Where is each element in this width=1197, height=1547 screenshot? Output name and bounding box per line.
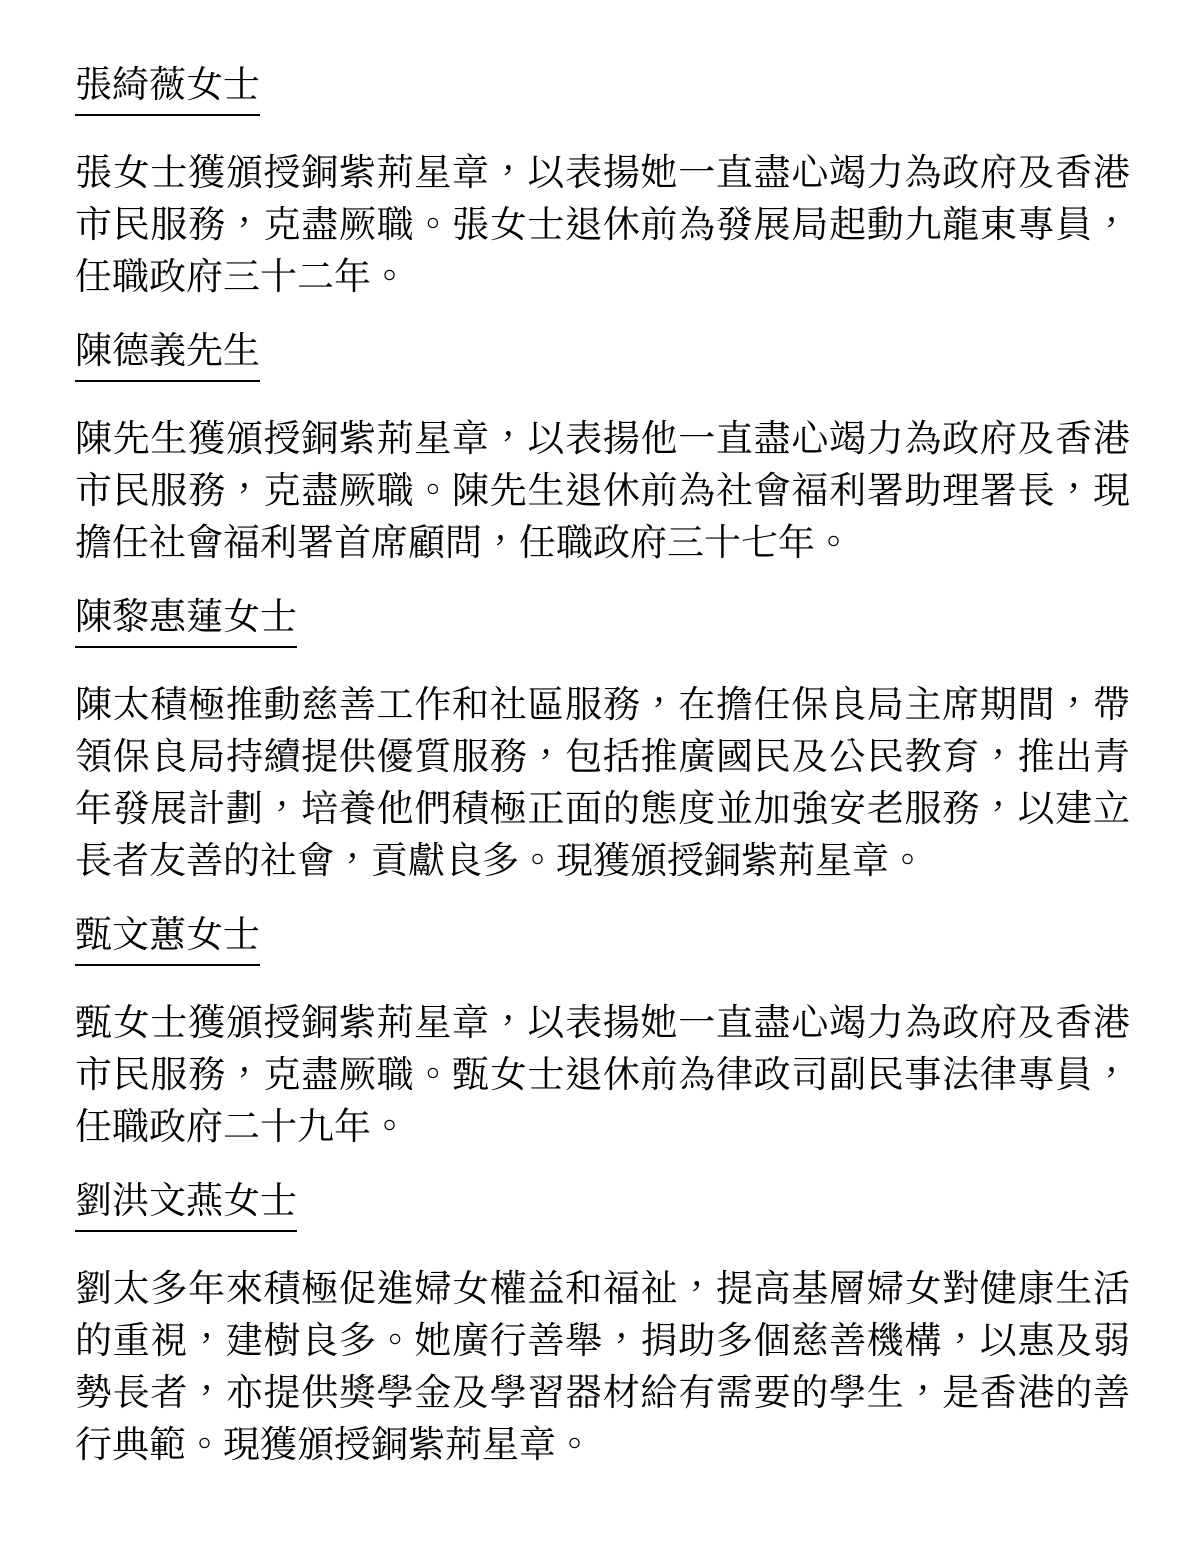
citation-line: 市民服務，克盡厥職。張女士退休前為發展局起動九龍東專員，	[75, 200, 1130, 252]
recipient-name: 劉洪文燕女士	[75, 1176, 297, 1232]
citation-line: 張女士獲頒授銅紫荊星章，以表揚她一直盡心竭力為政府及香港	[75, 148, 1130, 200]
recipient-name: 陳黎惠蓮女士	[75, 592, 297, 648]
recipient-name: 張綺薇女士	[75, 60, 260, 116]
citation-line: 陳太積極推動慈善工作和社區服務，在擔任保良局主席期間，帶	[75, 680, 1130, 732]
recipient-citation: 陳先生獲頒授銅紫荊星章，以表揚他一直盡心竭力為政府及香港 市民服務，克盡厥職。陳…	[75, 414, 1130, 570]
citation-line: 長者友善的社會，貢獻良多。現獲頒授銅紫荊星章。	[75, 836, 1130, 888]
document-body: 張綺薇女士 張女士獲頒授銅紫荊星章，以表揚她一直盡心竭力為政府及香港 市民服務，…	[0, 0, 1197, 1472]
award-section-5: 劉洪文燕女士 劉太多年來積極促進婦女權益和福祉，提高基層婦女對健康生活 的重視，…	[75, 1176, 1130, 1472]
award-section-1: 張綺薇女士 張女士獲頒授銅紫荊星章，以表揚她一直盡心竭力為政府及香港 市民服務，…	[75, 60, 1130, 304]
award-section-2: 陳德義先生 陳先生獲頒授銅紫荊星章，以表揚他一直盡心竭力為政府及香港 市民服務，…	[75, 326, 1130, 570]
citation-line: 領保良局持續提供優質服務，包括推廣國民及公民教育，推出青	[75, 732, 1130, 784]
citation-line: 市民服務，克盡厥職。甄女士退休前為律政司副民事法律專員，	[75, 1050, 1130, 1102]
recipient-name-heading: 劉洪文燕女士	[75, 1176, 1130, 1232]
citation-line: 劉太多年來積極促進婦女權益和福祉，提高基層婦女對健康生活	[75, 1264, 1130, 1316]
document-page: 張綺薇女士 張女士獲頒授銅紫荊星章，以表揚她一直盡心竭力為政府及香港 市民服務，…	[0, 0, 1197, 1547]
recipient-citation: 甄女士獲頒授銅紫荊星章，以表揚她一直盡心竭力為政府及香港 市民服務，克盡厥職。甄…	[75, 998, 1130, 1154]
citation-line: 陳先生獲頒授銅紫荊星章，以表揚他一直盡心竭力為政府及香港	[75, 414, 1130, 466]
recipient-citation: 張女士獲頒授銅紫荊星章，以表揚她一直盡心竭力為政府及香港 市民服務，克盡厥職。張…	[75, 148, 1130, 304]
award-section-3: 陳黎惠蓮女士 陳太積極推動慈善工作和社區服務，在擔任保良局主席期間，帶 領保良局…	[75, 592, 1130, 888]
recipient-name-heading: 陳黎惠蓮女士	[75, 592, 1130, 648]
citation-line: 行典範。現獲頒授銅紫荊星章。	[75, 1420, 1130, 1472]
recipient-citation: 陳太積極推動慈善工作和社區服務，在擔任保良局主席期間，帶 領保良局持續提供優質服…	[75, 680, 1130, 888]
citation-line: 擔任社會福利署首席顧問，任職政府三十七年。	[75, 518, 1130, 570]
recipient-name-heading: 張綺薇女士	[75, 60, 1130, 116]
citation-line: 任職政府二十九年。	[75, 1102, 1130, 1154]
citation-line: 勢長者，亦提供獎學金及學習器材給有需要的學生，是香港的善	[75, 1368, 1130, 1420]
recipient-citation: 劉太多年來積極促進婦女權益和福祉，提高基層婦女對健康生活 的重視，建樹良多。她廣…	[75, 1264, 1130, 1472]
recipient-name-heading: 甄文蕙女士	[75, 910, 1130, 966]
citation-line: 的重視，建樹良多。她廣行善舉，捐助多個慈善機構，以惠及弱	[75, 1316, 1130, 1368]
recipient-name: 陳德義先生	[75, 326, 260, 382]
citation-line: 甄女士獲頒授銅紫荊星章，以表揚她一直盡心竭力為政府及香港	[75, 998, 1130, 1050]
award-section-4: 甄文蕙女士 甄女士獲頒授銅紫荊星章，以表揚她一直盡心竭力為政府及香港 市民服務，…	[75, 910, 1130, 1154]
citation-line: 任職政府三十二年。	[75, 252, 1130, 304]
citation-line: 年發展計劃，培養他們積極正面的態度並加強安老服務，以建立	[75, 784, 1130, 836]
recipient-name-heading: 陳德義先生	[75, 326, 1130, 382]
citation-line: 市民服務，克盡厥職。陳先生退休前為社會福利署助理署長，現	[75, 466, 1130, 518]
recipient-name: 甄文蕙女士	[75, 910, 260, 966]
